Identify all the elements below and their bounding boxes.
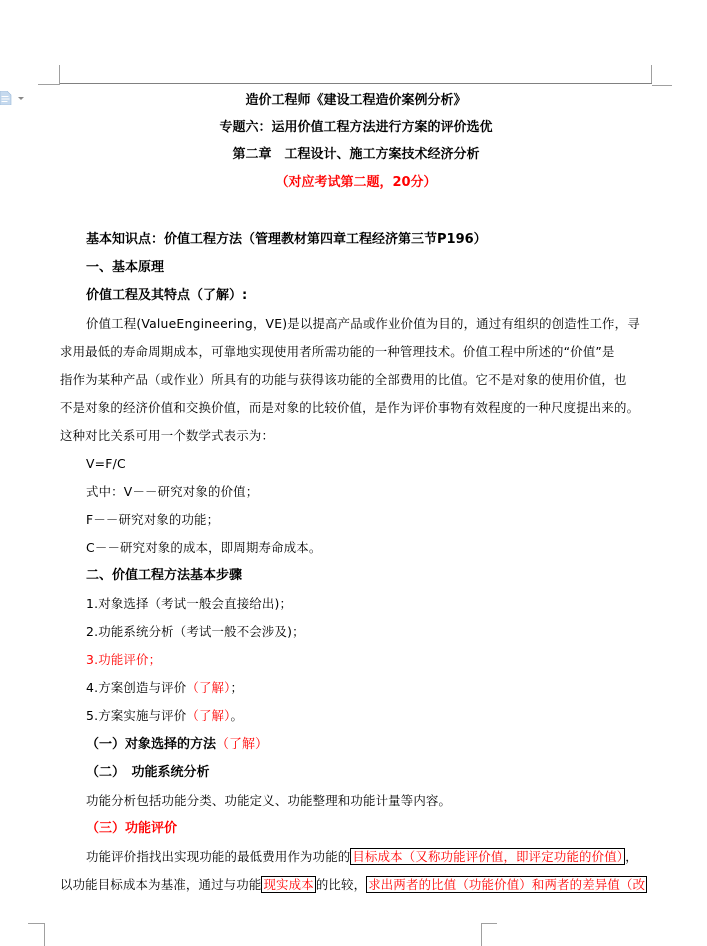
section1-heading: 一、基本原理 <box>86 260 164 276</box>
step-5-text: 5.方案实施与评价 <box>86 708 186 723</box>
subsection-1-label: （一）对象选择的方法 <box>86 737 216 752</box>
corner-mark-bottom-left-h <box>28 923 44 924</box>
formula-def-v: 式中：V－－研究对象的价值； <box>86 484 258 500</box>
dropdown-arrow-icon[interactable] <box>18 97 24 100</box>
step-4-note: （了解） <box>186 680 230 695</box>
actual-cost-box: 现实成本 <box>261 876 315 893</box>
corner-mark-top-right-v <box>651 65 652 84</box>
document-icon[interactable] <box>0 91 12 105</box>
para-line-1: 价值工程(ValueEngineering，VE)是以提高产品或作业价值为目的，… <box>86 316 640 332</box>
para-line-2: 求用最低的寿命周期成本，可靠地实现使用者所需功能的一种管理技术。价值工程中所述的… <box>60 344 615 360</box>
subsection-1-note: （了解） <box>216 737 268 752</box>
corner-mark-top-left-v <box>59 65 60 84</box>
formula: V=F/C <box>86 456 126 472</box>
subsection-1: （一）对象选择的方法（了解） <box>86 737 268 753</box>
step-4-tail: ； <box>231 680 244 695</box>
eval-line-2: 以功能目标成本为基准，通过与功能现实成本的比较，求出两者的比值（功能价值）和两者… <box>60 877 647 893</box>
corner-mark-top-left-h <box>38 84 60 85</box>
corner-mark-bottom-right-v <box>481 923 482 946</box>
eval-line-2-mid: 的比较， <box>316 877 366 892</box>
formula-def-c: C－－研究对象的成本，即周期寿命成本。 <box>86 540 321 556</box>
step-5-tail: 。 <box>231 708 244 723</box>
para-line-5: 这种对比关系可用一个数学式表示为： <box>60 428 274 444</box>
step-5: 5.方案实施与评价（了解）。 <box>86 708 243 724</box>
corner-mark-top-right-h <box>652 85 672 86</box>
chapter-title: 第二章 工程设计、施工方案技术经济分析 <box>60 147 652 163</box>
ratio-diff-box: 求出两者的比值（功能价值）和两者的差异值（改 <box>366 876 647 893</box>
corner-mark-bottom-right-h <box>482 923 497 924</box>
step-4: 4.方案创造与评价（了解）； <box>86 680 243 696</box>
eval-line-1: 功能评价指找出实现功能的最低费用作为功能的目标成本（又称功能评价值，即评定功能的… <box>86 849 638 865</box>
eval-line-1-pre: 功能评价指找出实现功能的最低费用作为功能的 <box>86 849 350 864</box>
step-1: 1.对象选择（考试一般会直接给出)； <box>86 596 292 612</box>
step-2: 2.功能系统分析（考试一般不会涉及)； <box>86 624 305 640</box>
doc-title: 造价工程师《建设工程造价案例分析》 <box>60 93 652 109</box>
eval-line-1-post: ， <box>625 849 638 864</box>
para-line-3: 指作为某种产品（或作业）所具有的功能与获得该功能的全部费用的比值。它不是对象的使… <box>60 372 627 388</box>
knowledge-point: 基本知识点：价值工程方法（管理教材第四章工程经济第三节P196） <box>86 232 487 248</box>
step-3: 3.功能评价； <box>86 652 161 668</box>
section1-subheading: 价值工程及其特点（了解）: <box>86 288 247 304</box>
step-4-text: 4.方案创造与评价 <box>86 680 186 695</box>
subsection-2: （二） 功能系统分析 <box>86 765 210 781</box>
doc-subtitle: 专题六：运用价值工程方法进行方案的评价选优 <box>60 120 652 136</box>
subsection-3: （三）功能评价 <box>86 821 177 837</box>
para-line-4: 不是对象的经济价值和交换价值，而是对象的比较价值，是作为评价事物有效程度的一种尺… <box>60 400 639 416</box>
step-5-note: （了解） <box>186 708 230 723</box>
subsection-2-text: 功能分析包括功能分类、功能定义、功能整理和功能计量等内容。 <box>86 793 451 809</box>
section2-heading: 二、价值工程方法基本步骤 <box>86 568 242 584</box>
header-margin-line <box>60 83 652 84</box>
exam-note: （对应考试第二题，20分） <box>60 175 652 191</box>
formula-def-f: F－－研究对象的功能； <box>86 512 219 528</box>
target-cost-box: 目标成本（又称功能评价值，即评定功能的价值） <box>350 848 625 865</box>
eval-line-2-pre: 以功能目标成本为基准，通过与功能 <box>60 877 261 892</box>
corner-mark-bottom-left-v <box>44 923 45 946</box>
